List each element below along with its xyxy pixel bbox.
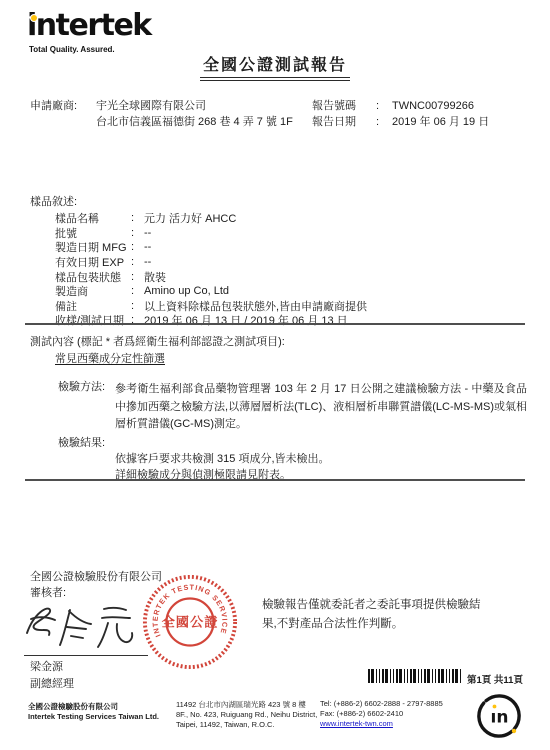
company-stamp: INTERTEK TESTING SERVICES TAIWAN LTD. 全國… [141, 573, 239, 671]
method-text: 參考衛生福利部食品藥物管理署 103 年 2 月 17 日公開之建議檢驗方法 -… [115, 381, 527, 434]
report-title-wrap: 全國公證測試報告 [0, 52, 550, 81]
sample-row-value: 2019 年 06 月 13 日 / 2019 年 06 月 13 日 [144, 312, 348, 328]
section-divider [25, 479, 525, 481]
signature [22, 597, 148, 655]
sample-row-label: 收樣/測試日期 [55, 312, 131, 328]
sample-row-colon: : [131, 256, 144, 268]
signature-line [24, 655, 148, 656]
svg-text:ın: ın [491, 708, 509, 728]
report-number-value: TWNC00799266 [392, 100, 474, 113]
footer-address-en-2: Taipei, 11492, Taiwan, R.O.C. [176, 720, 317, 730]
test-subject: 常見西藥成分定性篩選 [55, 353, 165, 366]
sample-row: 有效日期 EXP : -- [55, 255, 367, 270]
sample-row-value: 散裝 [144, 269, 166, 285]
footer-company-block: 全國公證檢驗股份有限公司 Intertek Testing Services T… [28, 702, 159, 722]
sample-row-label: 製造商 [55, 283, 131, 299]
test-content-heading: 測試內容 (標記 * 者爲經衛生福利部認證之測試項目): [30, 336, 285, 349]
sample-row-label: 樣品包裝狀態 [55, 269, 131, 285]
report-date-label: 報告日期 [312, 116, 356, 129]
sample-row-colon: : [131, 300, 144, 312]
sample-row-value: 元力 活力好 AHCC [144, 210, 236, 226]
report-date-value: 2019 年 06 月 19 日 [392, 116, 489, 129]
page-indicator: 第1頁 共11頁 [467, 672, 523, 686]
sample-row: 批號 : -- [55, 226, 367, 241]
footer-tel: Tel: (+886-2) 6602-2888 - 2797-8885 [320, 699, 443, 709]
sample-row-colon: : [131, 241, 144, 253]
sample-row: 製造商 : Amino up Co, Ltd [55, 284, 367, 299]
sample-row-value: Amino up Co, Ltd [144, 285, 229, 297]
reviewer-name: 梁金源 [30, 661, 63, 674]
report-number-label: 報告號碼 [312, 100, 356, 113]
intertek-logo: intertek [27, 8, 151, 43]
sample-row-value: -- [144, 256, 151, 268]
reviewer-title: 副總經理 [30, 678, 74, 691]
sample-row-label: 備註 [55, 298, 131, 314]
footer-address-block: 11492 台北市內湖區瑞光路 423 號 8 樓 8F., No. 423, … [176, 700, 317, 730]
report-title: 全國公證測試報告 [200, 52, 350, 81]
sample-row-value: -- [144, 227, 151, 239]
footer-contact-block: Tel: (+886-2) 6602-2888 - 2797-8885 Fax:… [320, 699, 443, 729]
disclaimer-text: 檢驗報告僅就委託者之委託事項提供檢驗結果,不對產品合法性作判斷。 [262, 596, 482, 633]
footer-company-zh: 全國公證檢驗股份有限公司 [28, 702, 118, 711]
method-label: 檢驗方法: [58, 381, 105, 394]
sample-row: 製造日期 MFG : -- [55, 240, 367, 255]
footer-address-en-1: 8F., No. 423, Ruiguang Rd., Neihu Distri… [176, 710, 317, 720]
sample-row-colon: : [131, 285, 144, 297]
section-divider [25, 323, 525, 325]
sample-section-label: 樣品敘述: [30, 196, 77, 209]
sample-row-colon: : [131, 271, 144, 283]
report-date-colon: : [376, 116, 379, 129]
logo-yellow-dot-icon [31, 15, 37, 21]
applicant-label: 申請廠商: [30, 100, 77, 113]
sample-row: 備註 : 以上資料除樣品包裝狀態外,皆由申請廠商提供 [55, 299, 367, 314]
footer-address-zh: 11492 台北市內湖區瑞光路 423 號 8 樓 [176, 700, 317, 710]
sample-row-value: 以上資料除樣品包裝狀態外,皆由申請廠商提供 [144, 298, 367, 314]
sample-row: 樣品名稱 : 元力 活力好 AHCC [55, 211, 367, 226]
sample-row: 樣品包裝狀態 : 散裝 [55, 269, 367, 284]
intertek-mark-icon: ın [474, 691, 524, 741]
result-label: 檢驗結果: [58, 437, 105, 450]
result-line: 依據客戶要求共檢測 315 項成分,皆未檢出。 [115, 452, 330, 468]
footer-company-en: Intertek Testing Services Taiwan Ltd. [28, 712, 159, 721]
sample-row-label: 有效日期 EXP [55, 254, 131, 270]
sample-row-label: 批號 [55, 225, 131, 241]
stamp-center-text: 全國公證 [162, 613, 219, 629]
applicant-address: 台北市信義區福德街 268 巷 4 弄 7 號 1F [96, 116, 293, 129]
sample-row-label: 樣品名稱 [55, 210, 131, 226]
footer-fax: Fax: (+886-2) 6602-2410 [320, 709, 443, 719]
sample-row: 收樣/測試日期 : 2019 年 06 月 13 日 / 2019 年 06 月… [55, 313, 367, 328]
applicant-name: 宇光全球國際有限公司 [96, 100, 206, 113]
sample-row-colon: : [131, 212, 144, 224]
footer-website-link[interactable]: www.intertek-twn.com [320, 719, 443, 729]
sample-row-value: -- [144, 241, 151, 253]
sample-row-label: 製造日期 MFG [55, 239, 131, 255]
test-report-page: intertek Total Quality. Assured. 全國公證測試報… [0, 0, 550, 750]
sample-row-colon: : [131, 227, 144, 239]
barcode [368, 669, 462, 683]
sample-rows: 樣品名稱 : 元力 活力好 AHCC 批號 : -- 製造日期 MFG : --… [55, 211, 367, 328]
report-number-colon: : [376, 100, 379, 113]
